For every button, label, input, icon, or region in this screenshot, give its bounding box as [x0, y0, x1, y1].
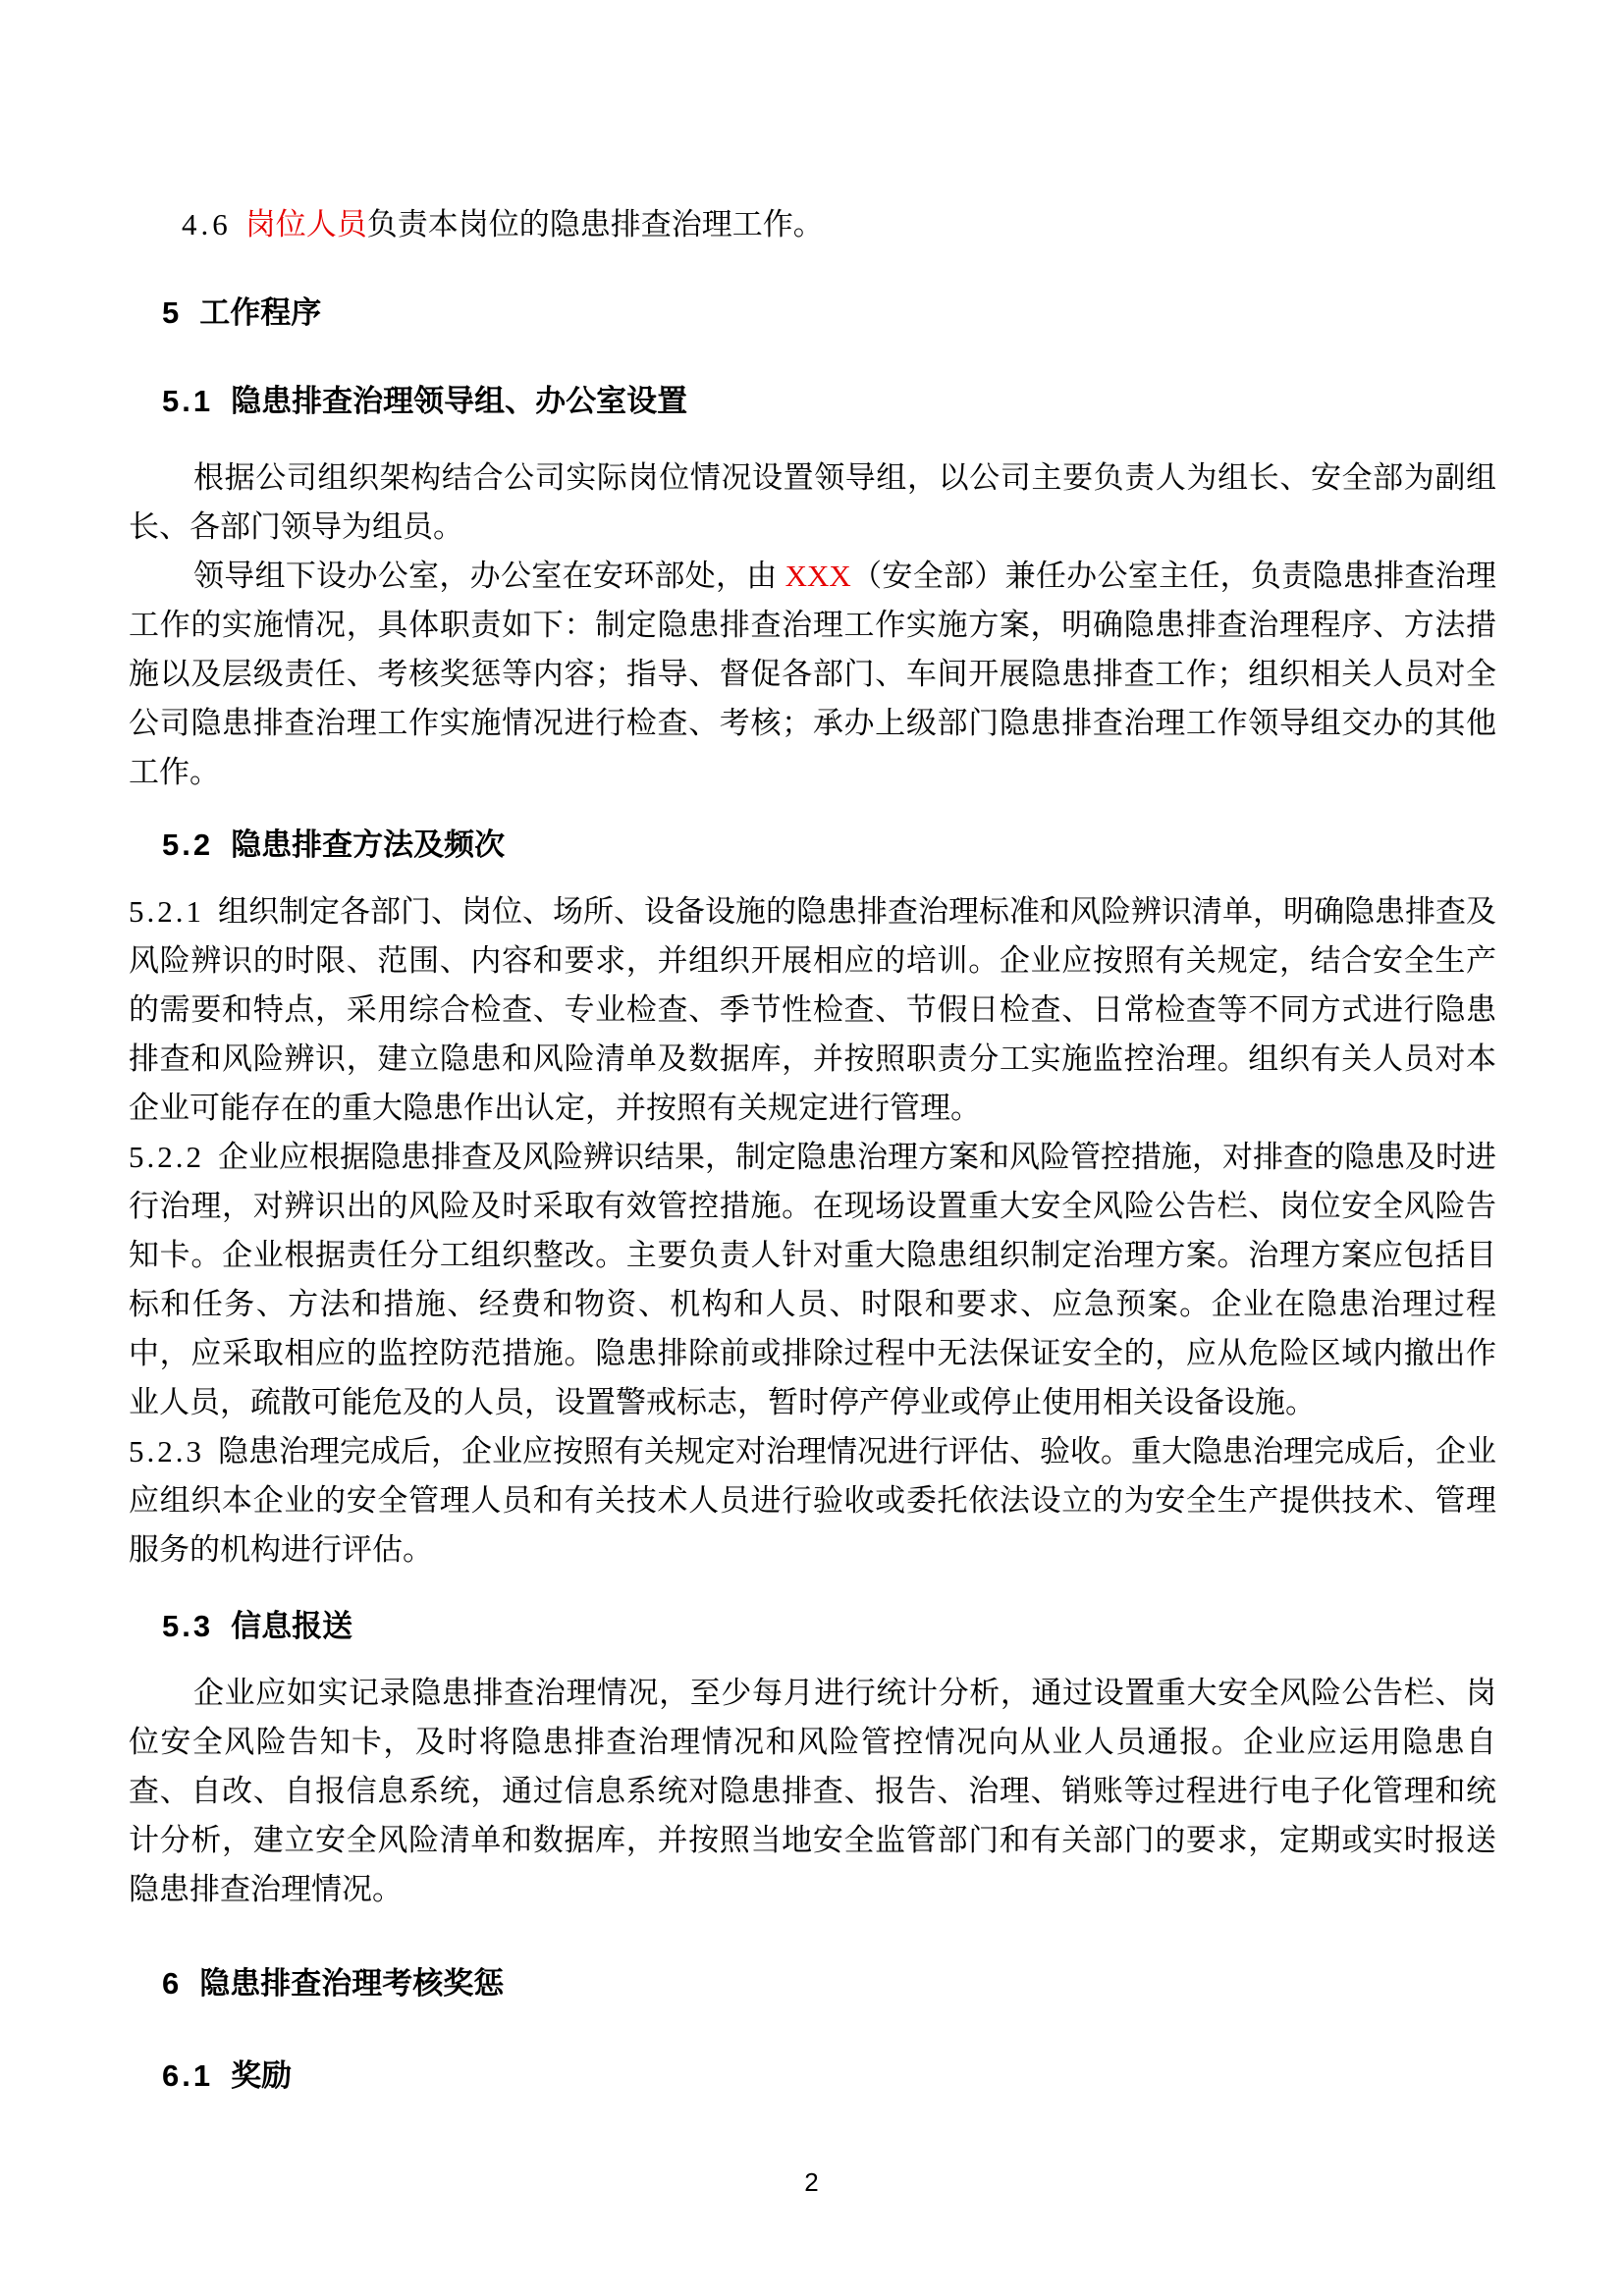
heading-5-title: 工作程序	[199, 295, 321, 330]
clause-4-6: 4.6岗位人员负责本岗位的隐患排查治理工作。	[182, 200, 1496, 249]
paragraph-information-reporting: 企业应如实记录隐患排查治理情况，至少每月进行统计分析，通过设置重大安全风险公告栏…	[129, 1669, 1496, 1914]
paragraph-5-2-3-number: 5.2.3	[129, 1434, 204, 1468]
paragraph-leading-group-setup-text: 根据公司组织架构结合公司实际岗位情况设置领导组，以公司主要负责人为组长、安全部为…	[129, 460, 1496, 544]
paragraph-information-reporting-text: 企业应如实记录隐患排查治理情况，至少每月进行统计分析，通过设置重大安全风险公告栏…	[129, 1676, 1496, 1906]
page-number: 2	[0, 2167, 1623, 2197]
paragraph-5-2-2: 5.2.2企业应根据隐患排查及风险辨识结果，制定隐患治理方案和风险管控措施，对排…	[129, 1133, 1496, 1427]
heading-6-1-reward: 6.1奖励	[162, 2052, 1496, 2101]
paragraph-5-2-1-number: 5.2.1	[129, 894, 204, 929]
heading-5-3-title: 信息报送	[231, 1609, 352, 1643]
paragraph-5-2-3: 5.2.3隐患治理完成后，企业应按照有关规定对治理情况进行评估、验收。重大隐患治…	[129, 1427, 1496, 1575]
clause-4-6-highlight: 岗位人员	[245, 207, 367, 241]
paragraph-office-duties-post: （安全部）兼任办公室主任，负责隐患排查治理工作的实施情况，具体职责如下：制定隐患…	[129, 559, 1496, 789]
heading-5-work-procedure: 5工作程序	[162, 289, 1496, 338]
paragraph-office-duties-highlight: XXX	[785, 559, 851, 593]
paragraph-office-duties-pre: 领导组下设办公室，办公室在安环部处，由	[193, 559, 785, 593]
paragraph-5-2-2-number: 5.2.2	[129, 1140, 204, 1174]
heading-6-number: 6	[162, 1966, 182, 2001]
heading-5-2-methods-frequency: 5.2隐患排查方法及频次	[162, 821, 1496, 870]
document-page: 4.6岗位人员负责本岗位的隐患排查治理工作。 5工作程序 5.1隐患排查治理领导…	[0, 0, 1623, 2101]
heading-5-1-number: 5.1	[162, 384, 213, 418]
clause-4-6-text: 负责本岗位的隐患排查治理工作。	[367, 207, 824, 241]
paragraph-office-duties: 领导组下设办公室，办公室在安环部处，由 XXX（安全部）兼任办公室主任，负责隐患…	[129, 552, 1496, 797]
heading-6-1-title: 奖励	[231, 2058, 292, 2093]
paragraph-5-2-2-text: 企业应根据隐患排查及风险辨识结果，制定隐患治理方案和风险管控措施，对排查的隐患及…	[129, 1140, 1496, 1419]
heading-6-1-number: 6.1	[162, 2058, 213, 2093]
heading-5-3-number: 5.3	[162, 1609, 213, 1643]
heading-6-assessment-rewards: 6隐患排查治理考核奖惩	[162, 1959, 1496, 2008]
clause-4-6-number: 4.6	[182, 207, 232, 241]
heading-5-3-information-reporting: 5.3信息报送	[162, 1602, 1496, 1651]
paragraph-5-2-3-text: 隐患治理完成后，企业应按照有关规定对治理情况进行评估、验收。重大隐患治理完成后，…	[129, 1434, 1496, 1567]
heading-5-2-title: 隐患排查方法及频次	[231, 828, 505, 862]
paragraph-5-2-1: 5.2.1组织制定各部门、岗位、场所、设备设施的隐患排查治理标准和风险辨识清单，…	[129, 887, 1496, 1133]
heading-5-2-number: 5.2	[162, 828, 213, 862]
heading-5-1-title: 隐患排查治理领导组、办公室设置	[231, 384, 687, 418]
paragraph-5-2-1-text: 组织制定各部门、岗位、场所、设备设施的隐患排查治理标准和风险辨识清单，明确隐患排…	[129, 894, 1496, 1125]
heading-6-title: 隐患排查治理考核奖惩	[199, 1966, 504, 2001]
paragraph-leading-group-setup: 根据公司组织架构结合公司实际岗位情况设置领导组，以公司主要负责人为组长、安全部为…	[129, 454, 1496, 552]
heading-5-1-leading-group: 5.1隐患排查治理领导组、办公室设置	[162, 377, 1496, 426]
heading-5-number: 5	[162, 295, 182, 330]
